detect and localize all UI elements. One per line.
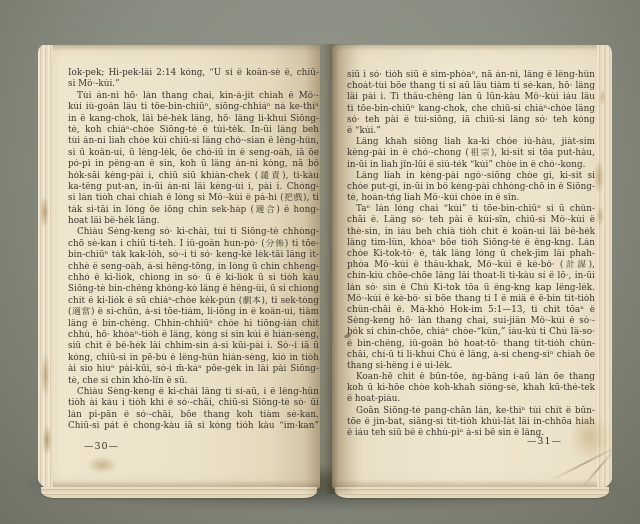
text-line: chhó ê ki-lio̍k, chiong in só· ū ê ki-li… — [68, 273, 319, 284]
text-line: lâng ê bin-chêng. Chhin-chhiūⁿ chòe hi t… — [68, 319, 319, 330]
text-line: lâng tim-lûn, khòaⁿ bōe tio̍h Siōng-tè ê… — [347, 238, 595, 249]
text-line: (適當) ê si-chūn, á-si tōe-tiám, li-iōng i… — [68, 307, 319, 318]
text-line: só· teh pài ê tùi-siōng, iā chiū-si lâng… — [347, 115, 595, 126]
page-number-left: —30— — [84, 441, 119, 452]
text-line: Mô·-kúi ê kè-bô· si bōe thang ti I ê miâ… — [347, 294, 595, 305]
text-line: in-ūi in liah jîn-lūi ê siû-te̍k “kúi” c… — [347, 160, 595, 171]
text-line: ê “kúi.” — [347, 126, 595, 137]
text-line: phòa Mô·-kúi ê thâu-khak, Mô·-kúi ê kè-b… — [347, 260, 595, 271]
page-left-bottom-edge — [41, 487, 317, 498]
text-line: Lâng liah in kèng-pài ngó·-siōng chòe gi… — [347, 171, 595, 182]
text-line: Koan-hē chit ê būn-tōe, ǹg-bāng í-aū lán… — [347, 372, 595, 383]
text-line: ka-têng put-an, in-ūi án-ni lâi kèng-ùi … — [68, 182, 319, 193]
text-line: lâi pài i. Ti thâu-chêng lán ū lūn-kàu M… — [347, 92, 595, 103]
text-line: tio̍h ài kàu i tio̍h khì ê só·-chāi, chi… — [68, 398, 319, 409]
page-left-text: Iok-pek; Hi-pek-lâi 2:14 kóng, “Ū sí ê k… — [68, 68, 319, 433]
text-line: tè, koh chiáⁿ-chòe Siōng-tè ê tùi-te̍k. … — [68, 125, 319, 136]
text-line: pó-pì in pêng-an ê sin, koh ū lâng án-ni… — [68, 159, 319, 170]
text-line: siū i só· tio̍h siū ê sim-phòaⁿ, nā án-n… — [347, 70, 595, 81]
text-line: chòe Ki-tok-tô· ê, ta̍k lâng lóng ū chek… — [347, 249, 595, 260]
text-line: in ê kang-chok, lâi bê-he̍k lâng, hō· lâ… — [68, 114, 319, 125]
text-line: si Mô·-kúi.” — [68, 79, 319, 90]
text-line: chit ê ki-lio̍k ê sū chiáⁿ-chòe ke̍k-pún… — [68, 296, 319, 307]
text-line: ta̍k si-tāi in lóng ōe iōng chin sek-ha̍… — [68, 205, 319, 216]
text-line: Sèng-keng hō· lán thang chai, sui-jiân M… — [347, 316, 595, 327]
photo-background: Iok-pek; Hi-pek-lâi 2:14 kóng, “Ū sí ê k… — [0, 0, 640, 524]
text-line: chín-kiù chōe-chōe lâng lâi thoat-li tì-… — [347, 271, 595, 282]
page-left-edge-stack — [38, 45, 53, 489]
text-line: Tùi án-ni hō· lán thang chai, kin-á-ji̍t… — [68, 91, 319, 102]
text-line: ho̍k-sāi kèng-pài i, chiū siū khiàn-chek… — [68, 171, 319, 182]
text-line: ê hoat-piáu. — [347, 394, 595, 405]
text-line: chhè ê seng-oa̍h, á-si hêng-tōng, in lón… — [68, 262, 319, 273]
text-line: Siōng-tè bin-chêng khòng-kò lâng ê hêng-… — [68, 284, 319, 295]
text-line: tùi án-ni liah chòe kúi chiū-si lâng chó… — [68, 136, 319, 147]
text-line: choa̍t-tùi bōe thang ti sí aū lâu tiàm t… — [347, 81, 595, 92]
text-line: ài sio hiuⁿ pài-kūi, só-i m̄-káⁿ pōe-ge̍… — [68, 364, 319, 375]
text-line: tè, hoán-tńg liah Mô·-kúi chòe in ê sîn. — [347, 193, 595, 204]
text-line: Goān Siōng-tè pang-chān lán, ke-thiⁿ tùi… — [347, 406, 595, 417]
text-line: Chiū-si pa̍t ê chong-kàu iā si kóng tio̍… — [68, 421, 319, 432]
text-line: Chiàu Sèng-keng ê ki-chài lâng ti sí-aū,… — [68, 387, 319, 398]
text-line: bin-chiūⁿ ta̍k kak-lo̍h, só·-i ti só· ke… — [68, 250, 319, 261]
text-line: si ū koân-ui, ū lêng-le̍k, ōe chó-iū in … — [68, 148, 319, 159]
text-line: Iok-pek; Hi-pek-lâi 2:14 kóng, “Ū sí ê k… — [68, 68, 319, 79]
text-line: bo̍k si chin-chōe, chiáⁿ chòe-“kûn,” iáu… — [347, 327, 595, 338]
text-line: chûn-chāi ê. Má-khó Hok-im 5:1—13, ti ch… — [347, 305, 595, 316]
page-number-right: —31— — [380, 436, 562, 447]
text-line: kèng-pài in ê chó·-chong (祖宗), ki-sit si… — [347, 148, 595, 159]
text-line: thang si-hêng i ê ui-le̍k. — [347, 361, 595, 372]
text-line: siū chit ê bê-he̍k lâi chhim-sìn á-si kū… — [68, 341, 319, 352]
text-line: chāi, chí-ū ti li-khui Chú ê lâng, á-si … — [347, 350, 595, 361]
text-line: chhù, hō· khòaⁿ-tio̍h ê lâng, kóng si si… — [68, 330, 319, 341]
page-right-bottom-edge — [335, 487, 609, 498]
text-line: thè-sin, in iáu beh chià tio̍h chit ê ko… — [347, 227, 595, 238]
text-line: si lán tio̍h chai chiah ê lóng si Mô·-kú… — [68, 193, 319, 204]
text-line: ê bin-chêng, iû-goân bô hoat-tō· thang t… — [347, 339, 595, 350]
text-line: koh ū ki-hōe chòe koh-khah siông-sè, kha… — [347, 383, 595, 394]
text-line: chō sè-kan i chiū ti-teh. I iû-goân hun-… — [68, 239, 319, 250]
text-line: kúi iû-goân lâu ti tōe-bin-chiūⁿ, siōng-… — [68, 102, 319, 113]
text-line: chāi ê. Lâng só· teh pài ê kúi-sîn, chiū… — [347, 215, 595, 226]
text-line: Taⁿ lán lóng chai “kúi” ti tōe-bin-chiūⁿ… — [347, 204, 595, 215]
text-line: tōe ê jin-bat, siāng-si tit-tio̍h khùi-l… — [347, 417, 595, 428]
text-line: Lâng khah siōng liah ka-ki chòe iú-hàu, … — [347, 137, 595, 148]
text-line: kóng, chiū-si in pē-bú ê lêng-hûn hián-s… — [68, 353, 319, 364]
text-line: lán pi-pān ê só·-chāi, bōe thang koh tià… — [68, 410, 319, 421]
text-line: chòe put-gi, in-ūi in bô kèng-pài chhòng… — [347, 182, 595, 193]
text-line: lán só· sìn ê Chú Ki-tok tōa ū êng-kng k… — [347, 283, 595, 294]
text-line: ti tōe-bin-chiūⁿ kang-chok, che chiū-si … — [347, 104, 595, 115]
page-right-edge-stack — [597, 45, 612, 489]
text-line: hoat lâi bê-he̍k lâng. — [68, 216, 319, 227]
page-right-text: siū i só· tio̍h siū ê sim-phòaⁿ, nā án-n… — [347, 70, 595, 439]
text-line: Chiàu Sèng-keng só· ki-chài, tùi ti Siōn… — [68, 227, 319, 238]
text-line: tè, che si chin khó-lîn ê sū. — [68, 376, 319, 387]
